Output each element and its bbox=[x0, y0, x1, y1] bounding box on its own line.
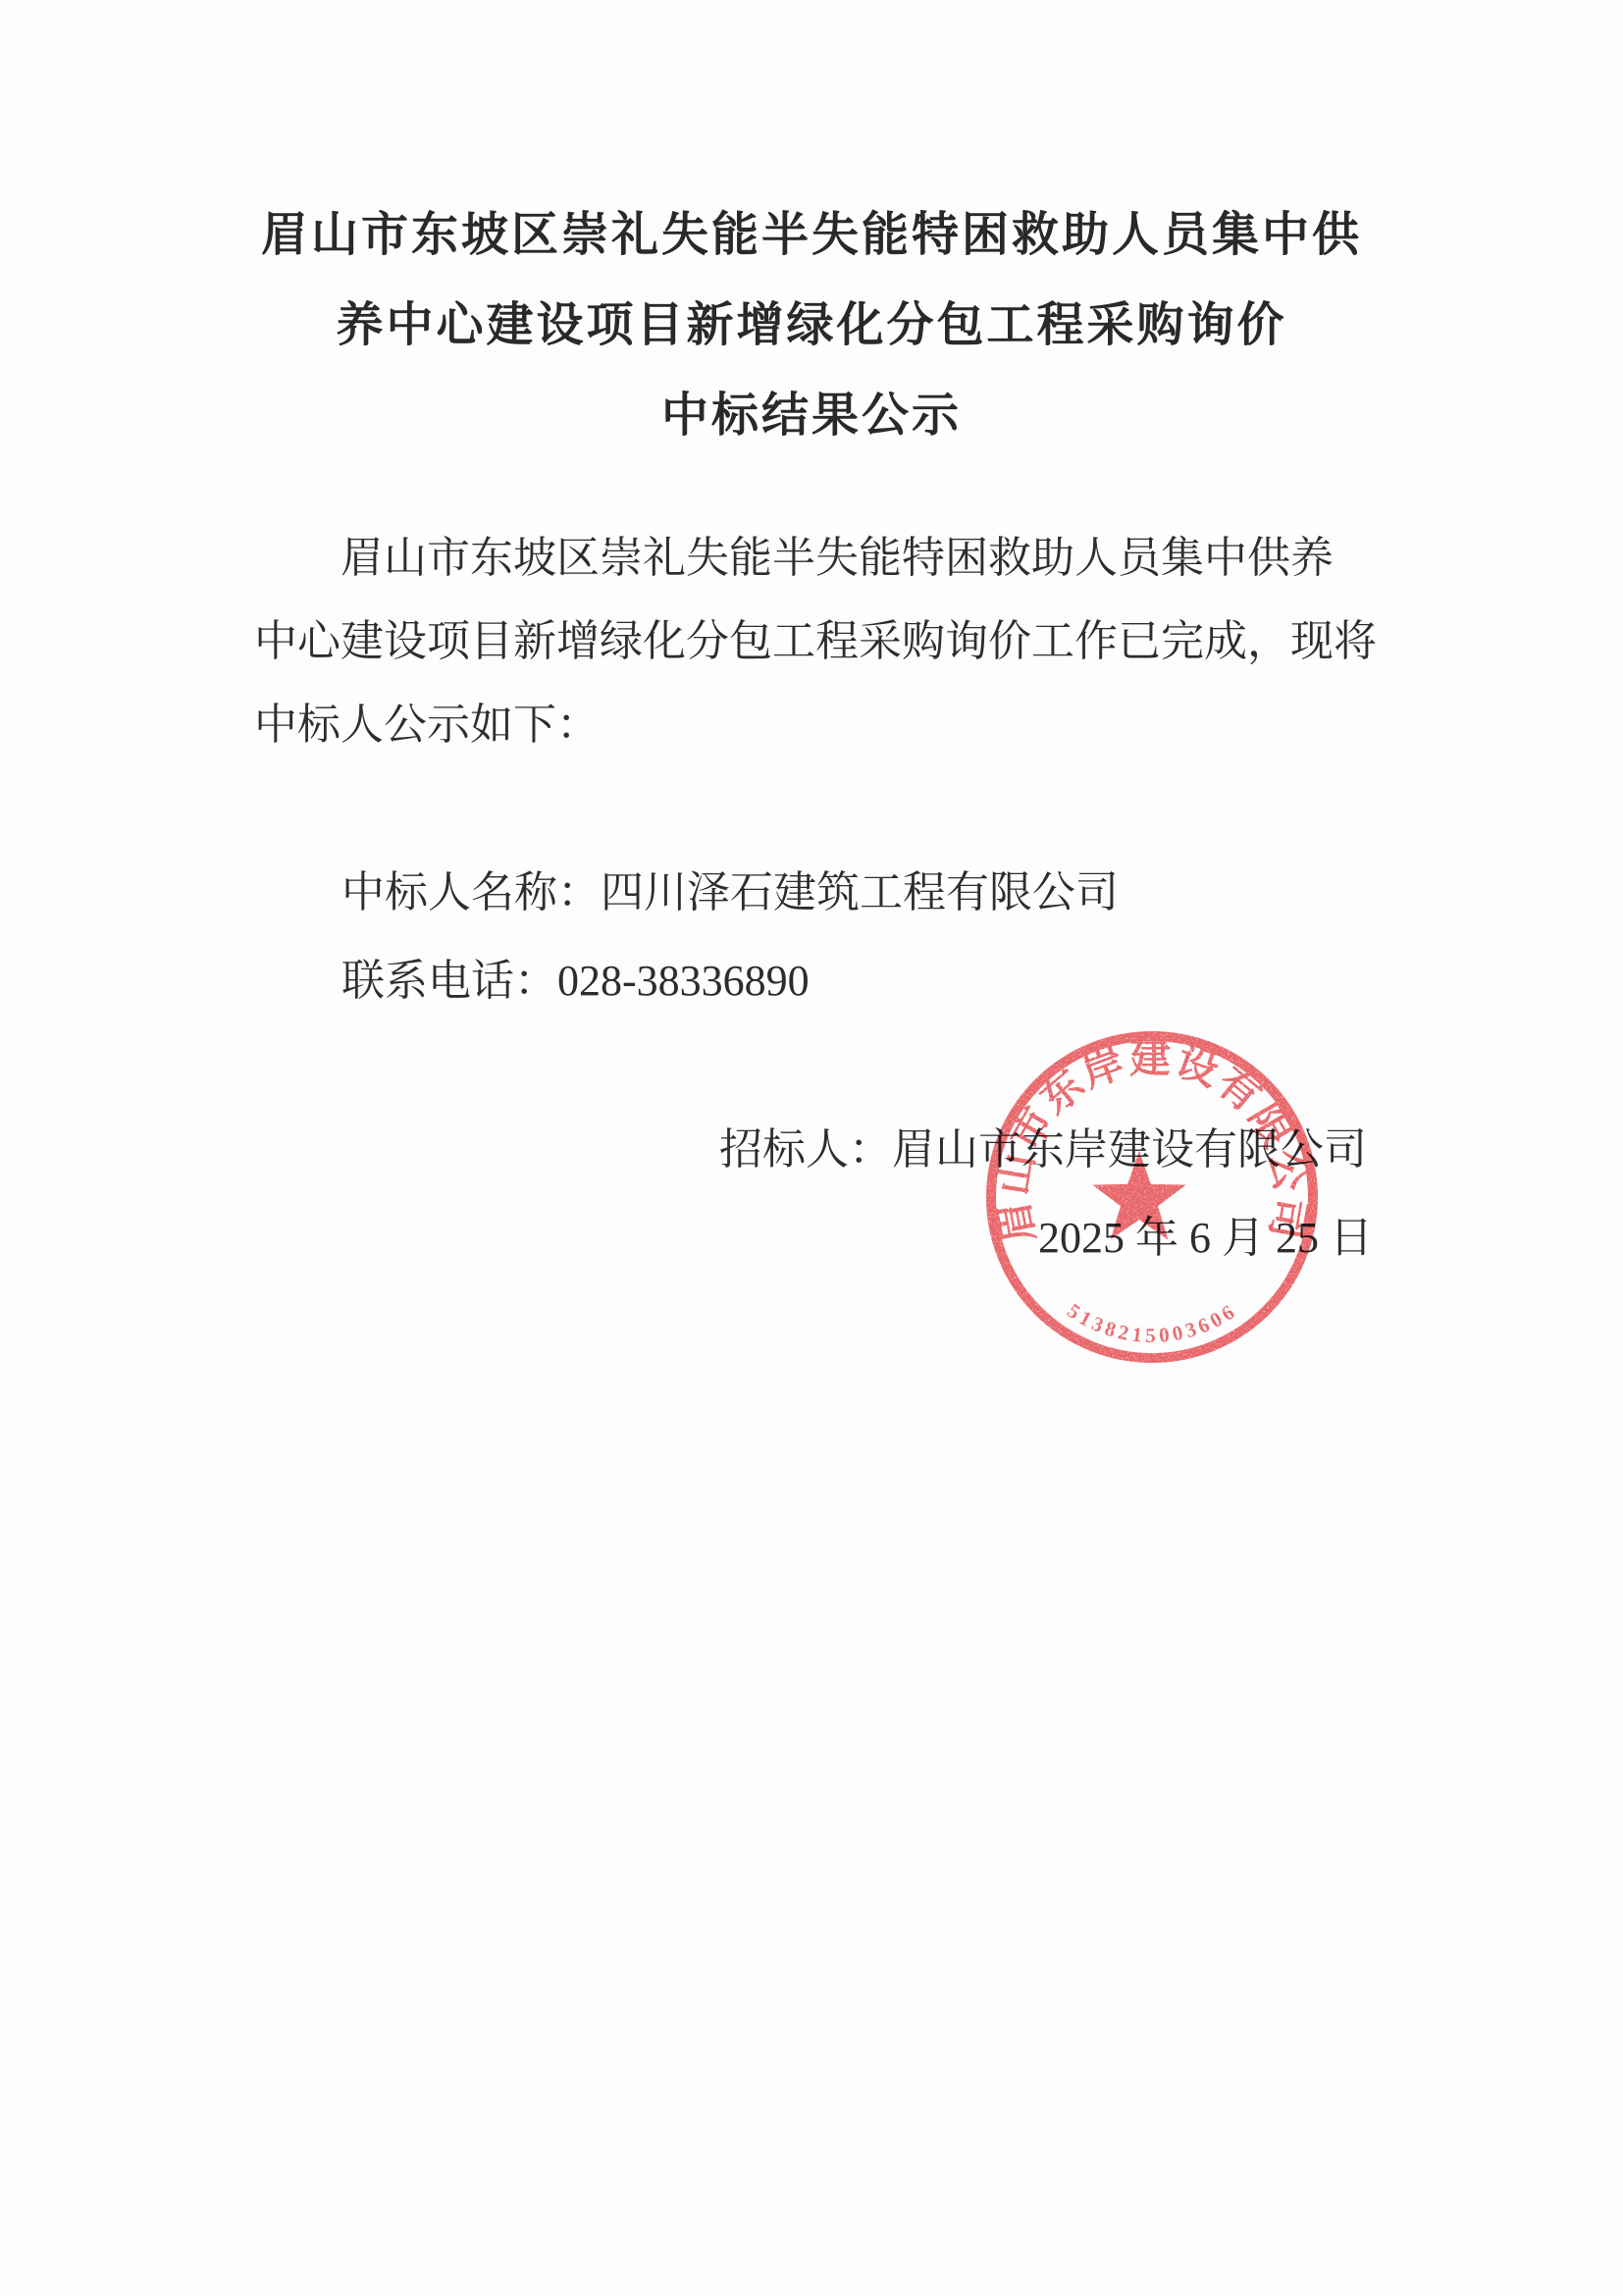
document-page: 眉山市东坡区崇礼失能半失能特困救助人员集中供 养中心建设项目新增绿化分包工程采购… bbox=[0, 0, 1623, 2296]
body-line-1: 眉山市东坡区崇礼失能半失能特困救助人员集中供养 bbox=[254, 516, 1383, 600]
seal-star-icon bbox=[1092, 1151, 1185, 1240]
winner-phone-line: 联系电话：028-38336890 bbox=[341, 962, 810, 1001]
body-line-2: 中心建设项目新增绿化分包工程采购询价工作已完成，现将 bbox=[254, 600, 1383, 683]
body-paragraph: 眉山市东坡区崇礼失能半失能特困救助人员集中供养 中心建设项目新增绿化分包工程采购… bbox=[254, 516, 1383, 766]
title-line-3: 中标结果公示 bbox=[0, 370, 1623, 460]
seal-number-text: 5138215003606 bbox=[1063, 1298, 1241, 1347]
seal-graphic: 眉山市东岸建设有限公司 5138215003606 bbox=[982, 1027, 1322, 1367]
winner-name-line: 中标人名称：四川泽石建筑工程有限公司 bbox=[341, 873, 1119, 913]
company-seal: 眉山市东岸建设有限公司 5138215003606 bbox=[982, 1027, 1322, 1367]
document-title: 眉山市东坡区崇礼失能半失能特困救助人员集中供 养中心建设项目新增绿化分包工程采购… bbox=[0, 189, 1623, 460]
seal-number-arc: 5138215003606 bbox=[1063, 1298, 1241, 1347]
title-line-1: 眉山市东坡区崇礼失能半失能特困救助人员集中供 bbox=[0, 189, 1623, 280]
body-line-3: 中标人公示如下： bbox=[254, 683, 1383, 766]
title-line-2: 养中心建设项目新增绿化分包工程采购询价 bbox=[0, 280, 1623, 370]
